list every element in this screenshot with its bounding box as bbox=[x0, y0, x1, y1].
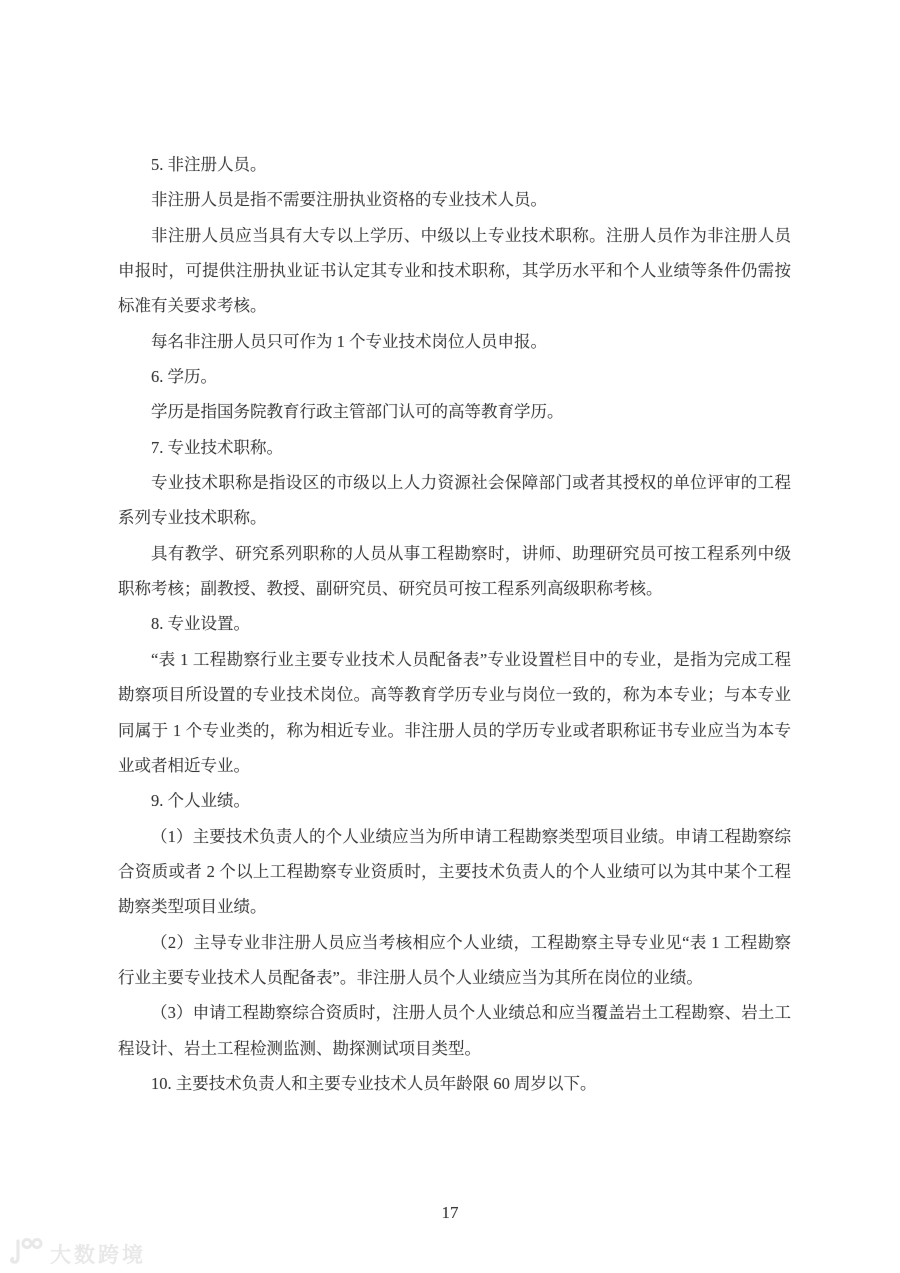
paragraph: 非注册人员是指不需要注册执业资格的专业技术人员。 bbox=[118, 182, 791, 217]
paragraph: 6. 学历。 bbox=[118, 359, 791, 394]
paragraph: （1）主要技术负责人的个人业绩应当为所申请工程勘察类型项目业绩。申请工程勘察综合… bbox=[118, 819, 791, 925]
paragraph: 8. 专业设置。 bbox=[118, 606, 791, 641]
paragraph: 专业技术职称是指设区的市级以上人力资源社会保障部门或者其授权的单位评审的工程系列… bbox=[118, 465, 791, 536]
page-number: 17 bbox=[0, 1203, 900, 1223]
document-page: 5. 非注册人员。非注册人员是指不需要注册执业资格的专业技术人员。非注册人员应当… bbox=[0, 0, 900, 1273]
document-body: 5. 非注册人员。非注册人员是指不需要注册执业资格的专业技术人员。非注册人员应当… bbox=[118, 147, 791, 1101]
paragraph: “表 1 工程勘察行业主要专业技术人员配备表”专业设置栏目中的专业，是指为完成工… bbox=[118, 642, 791, 783]
paragraph: 非注册人员应当具有大专以上学历、中级以上专业技术职称。注册人员作为非注册人员申报… bbox=[118, 218, 791, 324]
brand-logo-icon bbox=[8, 1236, 44, 1271]
paragraph: 每名非注册人员只可作为 1 个专业技术岗位人员申报。 bbox=[118, 324, 791, 359]
paragraph: 9. 个人业绩。 bbox=[118, 783, 791, 818]
paragraph: 10. 主要技术负责人和主要专业技术人员年龄限 60 周岁以下。 bbox=[118, 1066, 791, 1101]
paragraph: 7. 专业技术职称。 bbox=[118, 430, 791, 465]
paragraph: （3）申请工程勘察综合资质时，注册人员个人业绩总和应当覆盖岩土工程勘察、岩土工程… bbox=[118, 995, 791, 1066]
paragraph: 具有教学、研究系列职称的人员从事工程勘察时，讲师、助理研究员可按工程系列中级职称… bbox=[118, 536, 791, 607]
paragraph: 学历是指国务院教育行政主管部门认可的高等教育学历。 bbox=[118, 394, 791, 429]
watermark-text: 大数跨境 bbox=[50, 1239, 146, 1269]
paragraph: 5. 非注册人员。 bbox=[118, 147, 791, 182]
watermark: 大数跨境 bbox=[8, 1236, 146, 1271]
paragraph: （2）主导专业非注册人员应当考核相应个人业绩，工程勘察主导专业见“表 1 工程勘… bbox=[118, 925, 791, 996]
